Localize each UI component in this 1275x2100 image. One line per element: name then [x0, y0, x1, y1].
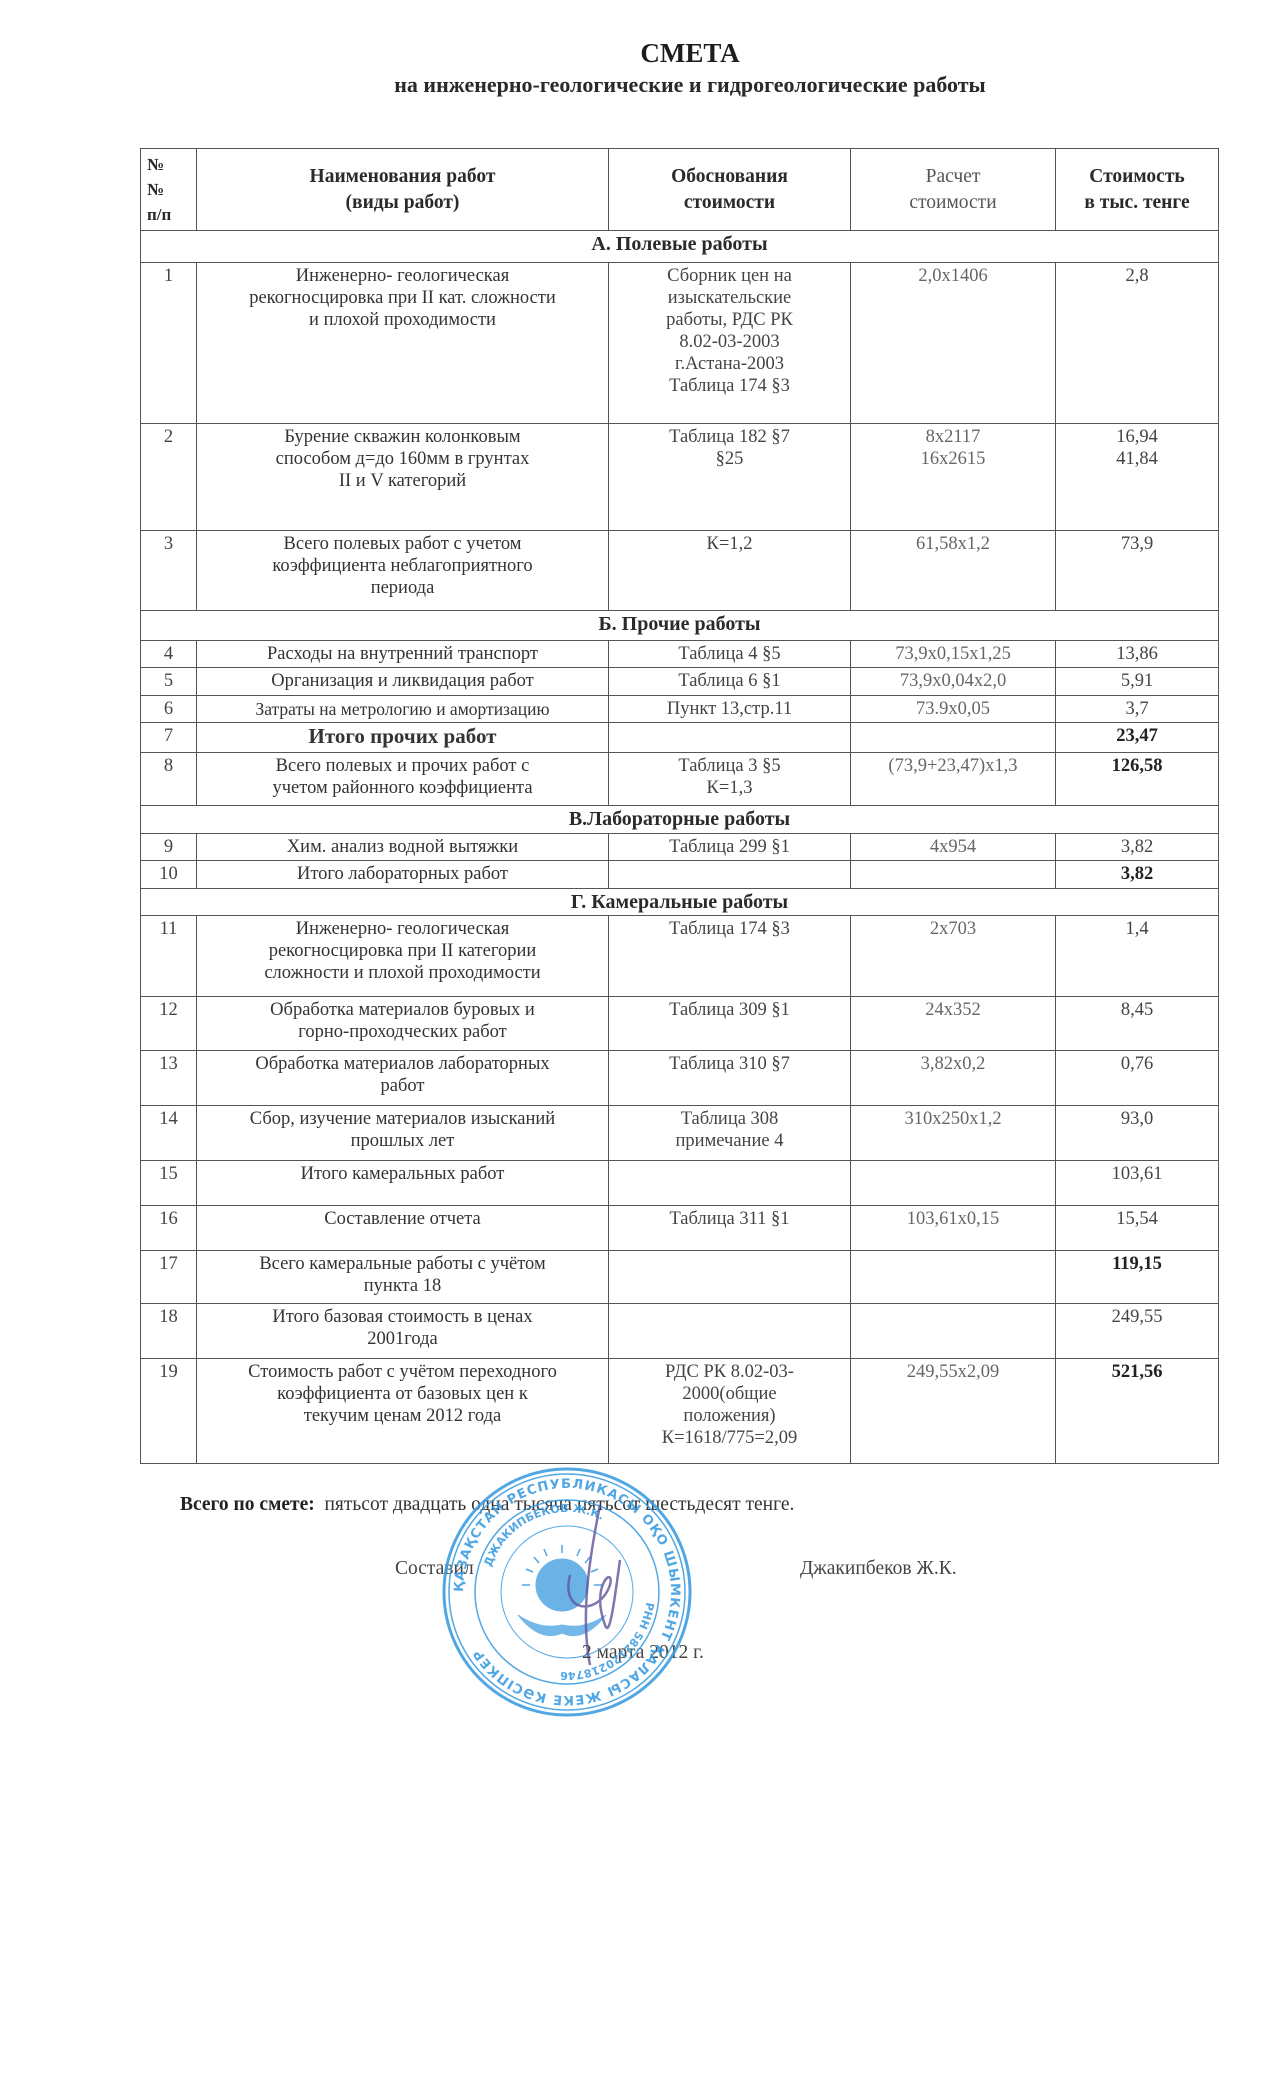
row-basis: Таблица 309 §1	[609, 997, 851, 1051]
row-calc	[851, 723, 1056, 753]
row-number: 19	[141, 1359, 197, 1464]
row-calc: 3,82x0,2	[851, 1051, 1056, 1106]
table-row: 9 Хим. анализ водной вытяжки Таблица 299…	[141, 834, 1219, 861]
table-row: 11 Инженерно- геологическая рекогносциро…	[141, 916, 1219, 997]
row-calc: 24x352	[851, 997, 1056, 1051]
section-field-works: А. Полевые работы	[141, 231, 1219, 263]
header-work-name: Наименования работ (виды работ)	[197, 149, 609, 231]
row-basis: К=1,2	[609, 531, 851, 611]
table-row: 8 Всего полевых и прочих работ с учетом …	[141, 753, 1219, 806]
table-row: 7 Итого прочих работ 23,47	[141, 723, 1219, 753]
row-cost: 16,94 41,84	[1056, 424, 1219, 531]
row-number: 2	[141, 424, 197, 531]
row-calc: 249,55x2,09	[851, 1359, 1056, 1464]
row-name: Стоимость работ с учётом переходного коэ…	[197, 1359, 609, 1464]
row-calc: 73,9x0,04x2,0	[851, 668, 1056, 696]
row-name: Инженерно- геологическая рекогносцировка…	[197, 263, 609, 424]
row-basis: Сборник цен на изыскательские работы, РД…	[609, 263, 851, 424]
row-basis: Таблица 310 §7	[609, 1051, 851, 1106]
table-row: 3 Всего полевых работ с учетом коэффицие…	[141, 531, 1219, 611]
row-basis	[609, 861, 851, 889]
row-basis: Таблица 182 §7 §25	[609, 424, 851, 531]
row-basis	[609, 1161, 851, 1206]
row-basis: Таблица 3 §5 К=1,3	[609, 753, 851, 806]
row-name: Сбор, изучение материалов изысканий прош…	[197, 1106, 609, 1161]
row-name: Обработка материалов лабораторных работ	[197, 1051, 609, 1106]
table-row: 1 Инженерно- геологическая рекогносциров…	[141, 263, 1219, 424]
row-number: 15	[141, 1161, 197, 1206]
row-number: 1	[141, 263, 197, 424]
row-calc	[851, 1304, 1056, 1359]
row-cost: 73,9	[1056, 531, 1219, 611]
row-name: Составление отчета	[197, 1206, 609, 1251]
row-calc	[851, 1161, 1056, 1206]
header-cost: Стоимость в тыс. тенге	[1056, 149, 1219, 231]
row-basis: Таблица 311 §1	[609, 1206, 851, 1251]
document-title: СМЕТА	[0, 38, 1275, 69]
row-basis: Таблица 4 §5	[609, 641, 851, 668]
row-number: 6	[141, 696, 197, 723]
row-cost: 126,58	[1056, 753, 1219, 806]
table-header-row: № № п/п Наименования работ (виды работ) …	[141, 149, 1219, 231]
table-row: 19 Стоимость работ с учётом переходного …	[141, 1359, 1219, 1464]
row-calc: 73.9x0,05	[851, 696, 1056, 723]
section-row: Б. Прочие работы	[141, 611, 1219, 641]
row-name: Инженерно- геологическая рекогносцировка…	[197, 916, 609, 997]
row-name: Всего полевых и прочих работ с учетом ра…	[197, 753, 609, 806]
row-number: 16	[141, 1206, 197, 1251]
row-number: 17	[141, 1251, 197, 1304]
table-row: 12 Обработка материалов буровых и горно-…	[141, 997, 1219, 1051]
row-name: Организация и ликвидация работ	[197, 668, 609, 696]
row-basis: Таблица 6 §1	[609, 668, 851, 696]
row-cost: 5,91	[1056, 668, 1219, 696]
total-label: Всего по смете:	[180, 1494, 315, 1515]
row-number: 3	[141, 531, 197, 611]
row-calc: 8x2117 16x2615	[851, 424, 1056, 531]
row-basis	[609, 1304, 851, 1359]
table-row: 14 Сбор, изучение материалов изысканий п…	[141, 1106, 1219, 1161]
row-calc: 103,61x0,15	[851, 1206, 1056, 1251]
row-number: 9	[141, 834, 197, 861]
row-number: 5	[141, 668, 197, 696]
table-row: 16 Составление отчета Таблица 311 §1 103…	[141, 1206, 1219, 1251]
row-basis: Таблица 308 примечание 4	[609, 1106, 851, 1161]
row-name: Затраты на метрологию и амортизацию	[197, 696, 609, 723]
row-calc: 2,0x1406	[851, 263, 1056, 424]
row-calc	[851, 861, 1056, 889]
table-row: 10 Итого лабораторных работ 3,82	[141, 861, 1219, 889]
row-basis	[609, 1251, 851, 1304]
table-row: 15 Итого камеральных работ 103,61	[141, 1161, 1219, 1206]
row-cost: 119,15	[1056, 1251, 1219, 1304]
row-number: 7	[141, 723, 197, 753]
row-number: 13	[141, 1051, 197, 1106]
header-basis: Обоснования стоимости	[609, 149, 851, 231]
table-row: 18 Итого базовая стоимость в ценах 2001г…	[141, 1304, 1219, 1359]
section-other-works: Б. Прочие работы	[141, 611, 1219, 641]
table-row: 4 Расходы на внутренний транспорт Таблиц…	[141, 641, 1219, 668]
row-name: Всего камеральные работы с учётом пункта…	[197, 1251, 609, 1304]
document-subtitle: на инженерно-геологические и гидрогеолог…	[0, 72, 1275, 98]
header-number: № № п/п	[141, 149, 197, 231]
composer-name: Джакипбеков Ж.К.	[800, 1558, 957, 1580]
row-basis: РДС РК 8.02-03- 2000(общие положения) К=…	[609, 1359, 851, 1464]
row-name: Итого лабораторных работ	[197, 861, 609, 889]
row-basis: Таблица 299 §1	[609, 834, 851, 861]
row-calc: 61,58x1,2	[851, 531, 1056, 611]
row-calc: 2x703	[851, 916, 1056, 997]
row-basis: Таблица 174 §3	[609, 916, 851, 997]
row-name: Всего полевых работ с учетом коэффициент…	[197, 531, 609, 611]
row-name: Расходы на внутренний транспорт	[197, 641, 609, 668]
row-calc: (73,9+23,47)x1,3	[851, 753, 1056, 806]
row-cost: 0,76	[1056, 1051, 1219, 1106]
row-cost: 2,8	[1056, 263, 1219, 424]
row-number: 14	[141, 1106, 197, 1161]
row-cost: 15,54	[1056, 1206, 1219, 1251]
header-calculation: Расчет стоимости	[851, 149, 1056, 231]
row-cost: 3,82	[1056, 861, 1219, 889]
row-calc	[851, 1251, 1056, 1304]
row-cost: 13,86	[1056, 641, 1219, 668]
row-name: Хим. анализ водной вытяжки	[197, 834, 609, 861]
section-office-works: Г. Камеральные работы	[141, 889, 1219, 916]
table-row: 2 Бурение скважин колонковым способом д=…	[141, 424, 1219, 531]
row-calc: 310x250x1,2	[851, 1106, 1056, 1161]
row-number: 12	[141, 997, 197, 1051]
row-cost: 3,7	[1056, 696, 1219, 723]
table-row: 13 Обработка материалов лабораторных раб…	[141, 1051, 1219, 1106]
row-number: 8	[141, 753, 197, 806]
row-number: 4	[141, 641, 197, 668]
row-number: 18	[141, 1304, 197, 1359]
row-basis: Пункт 13,стр.11	[609, 696, 851, 723]
row-cost: 23,47	[1056, 723, 1219, 753]
estimate-table: № № п/п Наименования работ (виды работ) …	[140, 148, 1219, 1464]
row-cost: 521,56	[1056, 1359, 1219, 1464]
row-cost: 1,4	[1056, 916, 1219, 997]
section-row: А. Полевые работы	[141, 231, 1219, 263]
row-calc: 4x954	[851, 834, 1056, 861]
table-row: 17 Всего камеральные работы с учётом пун…	[141, 1251, 1219, 1304]
row-cost: 93,0	[1056, 1106, 1219, 1161]
row-cost: 249,55	[1056, 1304, 1219, 1359]
table-row: 5 Организация и ликвидация работ Таблица…	[141, 668, 1219, 696]
row-calc: 73,9x0,15x1,25	[851, 641, 1056, 668]
row-name: Обработка материалов буровых и горно-про…	[197, 997, 609, 1051]
row-cost: 3,82	[1056, 834, 1219, 861]
row-name: Итого прочих работ	[197, 723, 609, 753]
row-number: 10	[141, 861, 197, 889]
row-name: Итого камеральных работ	[197, 1161, 609, 1206]
official-stamp-icon: ҚАЗАҚСТАН РЕСПУБЛИКАСЫ ОҚО ШЫМКЕНТ ҚАЛАС…	[440, 1465, 694, 1719]
row-number: 11	[141, 916, 197, 997]
row-name: Бурение скважин колонковым способом д=до…	[197, 424, 609, 531]
section-lab-works: В.Лабораторные работы	[141, 806, 1219, 834]
row-basis	[609, 723, 851, 753]
section-row: В.Лабораторные работы	[141, 806, 1219, 834]
table-row: 6 Затраты на метрологию и амортизацию Пу…	[141, 696, 1219, 723]
row-name: Итого базовая стоимость в ценах 2001года	[197, 1304, 609, 1359]
row-cost: 8,45	[1056, 997, 1219, 1051]
row-cost: 103,61	[1056, 1161, 1219, 1206]
section-row: Г. Камеральные работы	[141, 889, 1219, 916]
